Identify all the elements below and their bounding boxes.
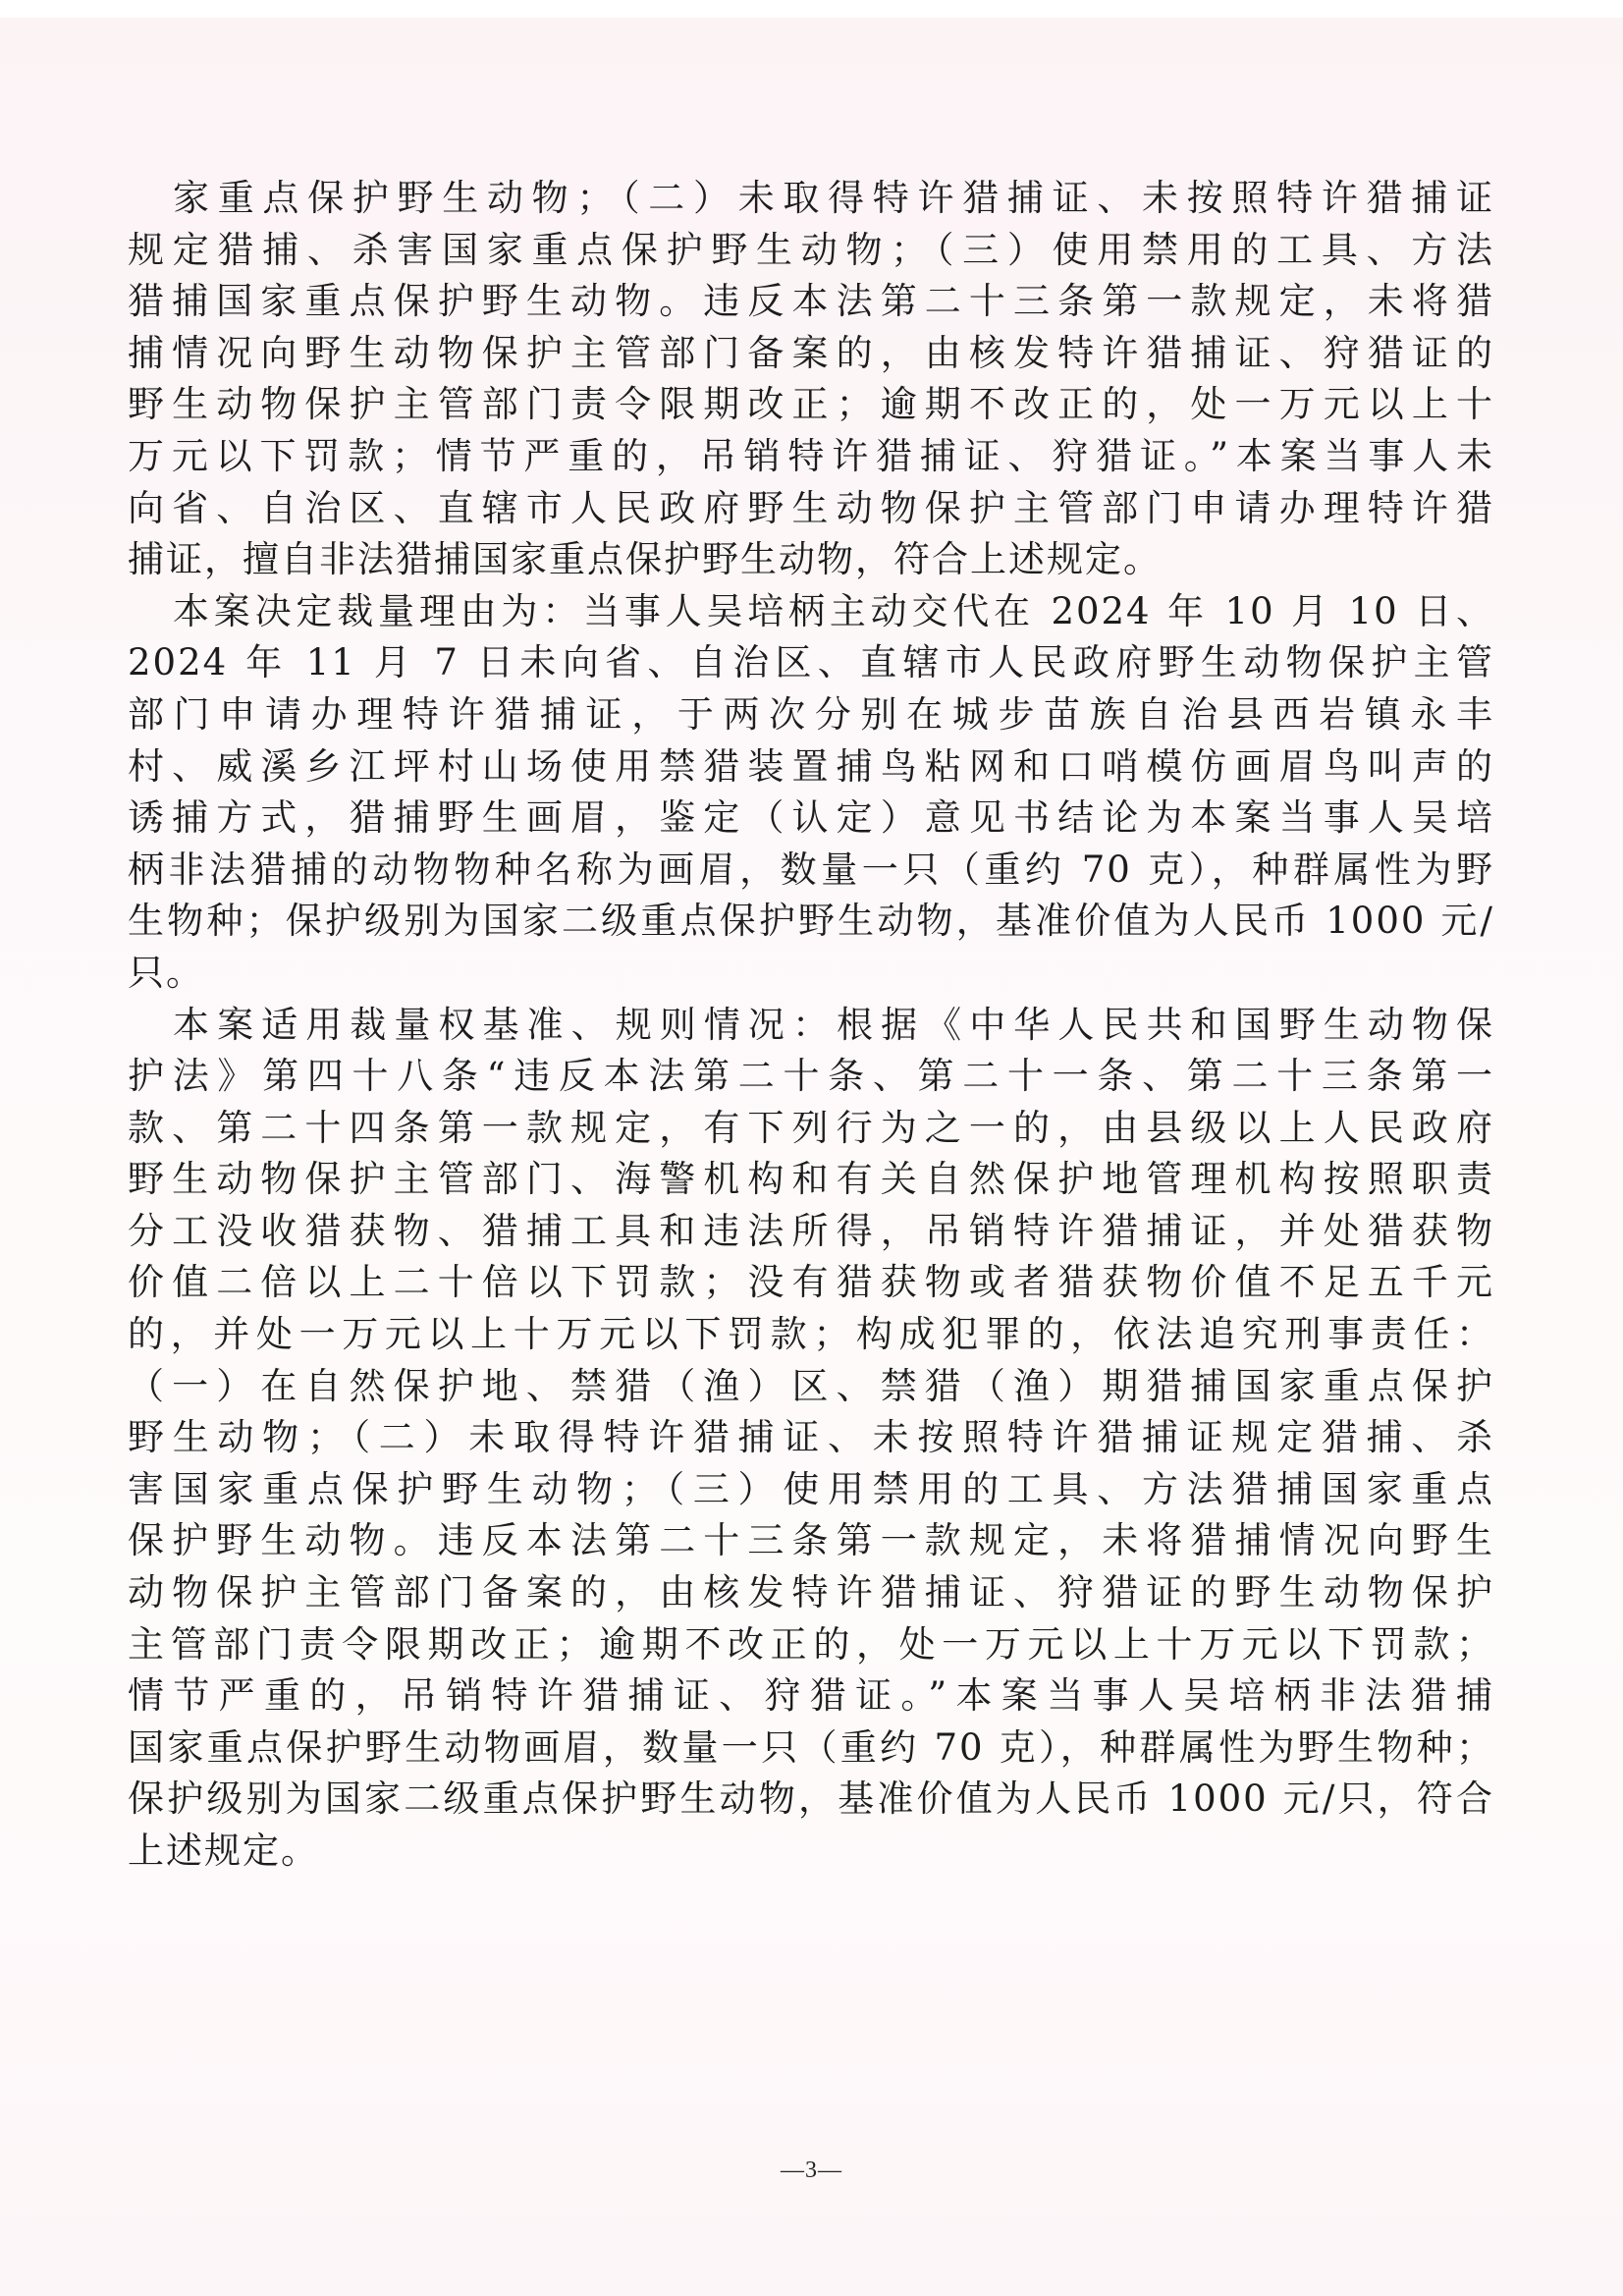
text-line: 情节严重的，吊销特许猎捕证、狩猎证。”本案当事人吴培柄非法猎捕 (128, 1670, 1494, 1722)
scan-edge (0, 0, 1623, 19)
paragraph-discretion-reason: 本案决定裁量理由为：当事人吴培柄主动交代在 2024 年 10 月 10 日、 … (128, 586, 1494, 1000)
paragraph-discretion-standard: 本案适用裁量权基准、规则情况：根据《中华人民共和国野生动物保 护法》第四十八条“… (128, 1000, 1494, 1878)
text-line: 生物种；保护级别为国家二级重点保护野生动物，基准价值为人民币 1000 元/ (128, 896, 1494, 948)
text-line: 柄非法猎捕的动物物种名称为画眉，数量一只（重约 70 克），种群属性为野 (128, 845, 1494, 897)
text-line: 捕情况向野生动物保护主管部门备案的，由核发特许猎捕证、狩猎证的 (128, 328, 1494, 380)
text-line: 诱捕方式，猎捕野生画眉，鉴定（认定）意见书结论为本案当事人吴培 (128, 793, 1494, 845)
text-line: 万元以下罚款；情节严重的，吊销特许猎捕证、狩猎证。”本案当事人未 (128, 431, 1494, 483)
text-line: 规定猎捕、杀害国家重点保护野生动物；（三）使用禁用的工具、方法 (128, 225, 1494, 277)
text-line: 2024 年 11 月 7 日未向省、自治区、直辖市人民政府野生动物保护主管 (128, 637, 1494, 689)
text-line: 护法》第四十八条“违反本法第二十条、第二十一条、第二十三条第一 (128, 1051, 1494, 1103)
text-line: 野生动物；（二）未取得特许猎捕证、未按照特许猎捕证规定猎捕、杀 (128, 1412, 1494, 1464)
text-line: 本案决定裁量理由为：当事人吴培柄主动交代在 2024 年 10 月 10 日、 (128, 586, 1494, 638)
text-line: 保护级别为国家二级重点保护野生动物，基准价值为人民币 1000 元/只，符合 (128, 1774, 1494, 1826)
text-line: 部门申请办理特许猎捕证，于两次分别在城步苗族自治县西岩镇永丰 (128, 689, 1494, 741)
text-line: （一）在自然保护地、禁猎（渔）区、禁猎（渔）期猎捕国家重点保护 (128, 1361, 1494, 1413)
text-line: 害国家重点保护野生动物；（三）使用禁用的工具、方法猎捕国家重点 (128, 1464, 1494, 1516)
text-line: 家重点保护野生动物；（二）未取得特许猎捕证、未按照特许猎捕证 (128, 173, 1494, 225)
text-line: 分工没收猎获物、猎捕工具和违法所得，吊销特许猎捕证，并处猎获物 (128, 1206, 1494, 1258)
text-line: 价值二倍以上二十倍以下罚款；没有猎获物或者猎获物价值不足五千元 (128, 1257, 1494, 1309)
text-line: 的，并处一万元以上十万元以下罚款；构成犯罪的，依法追究刑事责任： (128, 1309, 1494, 1361)
text-line: 野生动物保护主管部门、海警机构和有关自然保护地管理机构按照职责 (128, 1154, 1494, 1206)
paragraph-continuation: 家重点保护野生动物；（二）未取得特许猎捕证、未按照特许猎捕证 规定猎捕、杀害国家… (128, 173, 1494, 586)
text-line: 主管部门责令限期改正；逾期不改正的，处一万元以上十万元以下罚款； (128, 1619, 1494, 1671)
document-body: 家重点保护野生动物；（二）未取得特许猎捕证、未按照特许猎捕证 规定猎捕、杀害国家… (128, 173, 1494, 1878)
text-line: 国家重点保护野生动物画眉，数量一只（重约 70 克），种群属性为野生物种； (128, 1722, 1494, 1775)
text-line: 动物保护主管部门备案的，由核发特许猎捕证、狩猎证的野生动物保护 (128, 1567, 1494, 1619)
text-line: 只。 (128, 948, 1494, 1000)
text-line: 捕证，擅自非法猎捕国家重点保护野生动物，符合上述规定。 (128, 534, 1494, 586)
page-number: —3— (0, 2158, 1623, 2184)
text-line: 本案适用裁量权基准、规则情况：根据《中华人民共和国野生动物保 (128, 1000, 1494, 1052)
text-line: 上述规定。 (128, 1826, 1494, 1878)
text-line: 保护野生动物。违反本法第二十三条第一款规定，未将猎捕情况向野生 (128, 1515, 1494, 1567)
text-line: 猎捕国家重点保护野生动物。违反本法第二十三条第一款规定，未将猎 (128, 276, 1494, 328)
text-line: 向省、自治区、直辖市人民政府野生动物保护主管部门申请办理特许猎 (128, 483, 1494, 535)
text-line: 野生动物保护主管部门责令限期改正；逾期不改正的，处一万元以上十 (128, 379, 1494, 431)
text-line: 村、威溪乡江坪村山场使用禁猎装置捕鸟粘网和口哨模仿画眉鸟叫声的 (128, 741, 1494, 793)
text-line: 款、第二十四条第一款规定，有下列行为之一的，由县级以上人民政府 (128, 1103, 1494, 1155)
